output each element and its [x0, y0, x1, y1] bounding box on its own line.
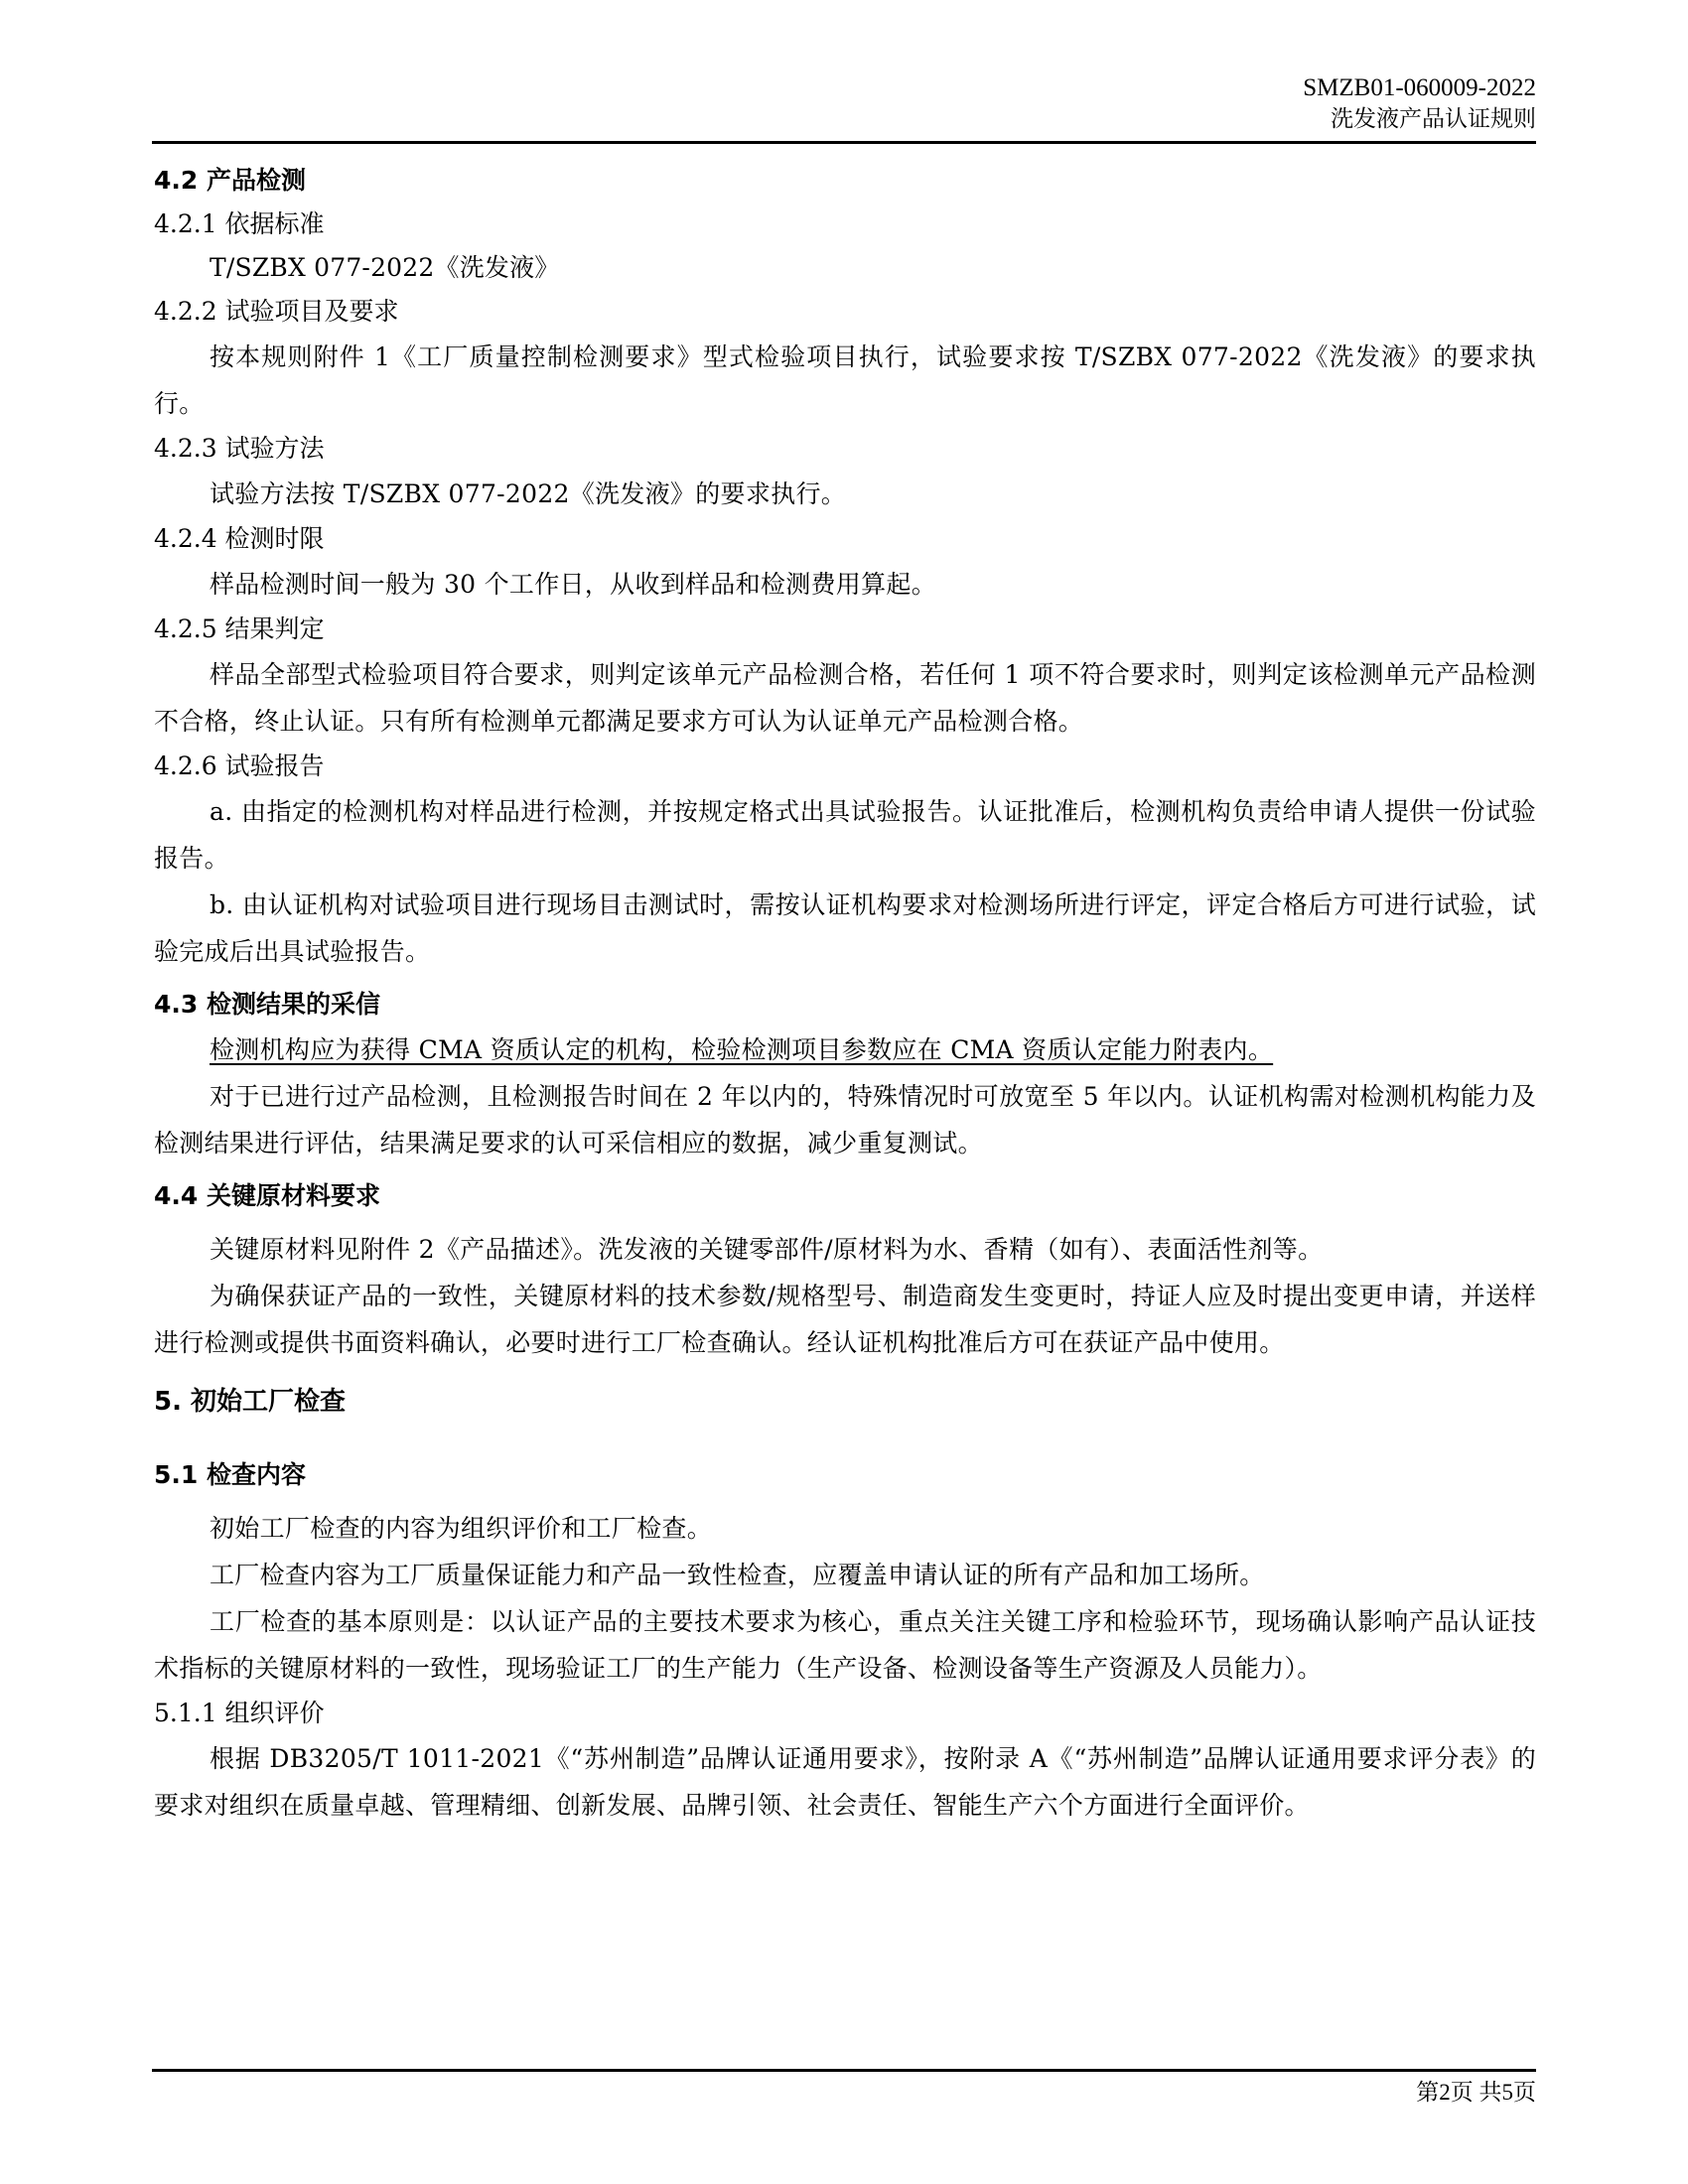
section-heading-4-4: 4.4 关键原材料要求 [154, 1174, 1536, 1218]
section-heading-4-2: 4.2 产品检测 [154, 159, 1536, 203]
underlined-cma-text: 检测机构应为获得 CMA 资质认定的机构，检验检测项目参数应在 CMA 资质认定… [210, 1035, 1273, 1064]
subsection-heading-4-2-5: 4.2.5 结果判定 [154, 608, 1536, 651]
paragraph-result-judgement: 样品全部型式检验项目符合要求，则判定该单元产品检测合格，若任何 1 项不符合要求… [154, 651, 1536, 745]
paragraph-test-method: 试验方法按 T/SZBX 077-2022《洗发液》的要求执行。 [154, 471, 1536, 517]
section-heading-5-1: 5.1 检查内容 [154, 1453, 1536, 1497]
standard-reference: T/SZBX 077-2022《洗发液》 [154, 246, 1536, 290]
paragraph-organization-evaluation: 根据 DB3205/T 1011-2021《“苏州制造”品牌认证通用要求》，按附… [154, 1735, 1536, 1829]
paragraph-key-materials: 关键原材料见附件 2《产品描述》。洗发液的关键零部件/原材料为水、香精（如有）、… [154, 1226, 1536, 1273]
paragraph-inspection-principle: 工厂检查的基本原则是：以认证产品的主要技术要求为核心，重点关注关键工序和检验环节… [154, 1598, 1536, 1692]
document-code: SMZB01-060009-2022 [152, 73, 1536, 103]
section-heading-4-3: 4.3 检测结果的采信 [154, 983, 1536, 1026]
subsection-heading-4-2-2: 4.2.2 试验项目及要求 [154, 290, 1536, 334]
paragraph-cma-requirement: 检测机构应为获得 CMA 资质认定的机构，检验检测项目参数应在 CMA 资质认定… [154, 1026, 1536, 1073]
page-header: SMZB01-060009-2022 洗发液产品认证规则 [152, 73, 1536, 144]
subsection-heading-4-2-1: 4.2.1 依据标准 [154, 203, 1536, 246]
subsection-heading-5-1-1: 5.1.1 组织评价 [154, 1692, 1536, 1735]
paragraph-test-items: 按本规则附件 1《工厂质量控制检测要求》型式检验项目执行，试验要求按 T/SZB… [154, 334, 1536, 427]
subsection-heading-4-2-6: 4.2.6 试验报告 [154, 745, 1536, 788]
subsection-heading-4-2-3: 4.2.3 试验方法 [154, 427, 1536, 471]
paragraph-test-time-limit: 样品检测时间一般为 30 个工作日，从收到样品和检测费用算起。 [154, 561, 1536, 608]
subsection-heading-4-2-4: 4.2.4 检测时限 [154, 517, 1536, 561]
paragraph-report-item-b: b. 由认证机构对试验项目进行现场目击测试时，需按认证机构要求对检测场所进行评定… [154, 882, 1536, 975]
page-footer: 第2页 共5页 [152, 2069, 1536, 2108]
paragraph-material-change: 为确保获证产品的一致性，关键原材料的技术参数/规格型号、制造商发生变更时，持证人… [154, 1273, 1536, 1366]
paragraph-inspection-content: 初始工厂检查的内容为组织评价和工厂检查。 [154, 1505, 1536, 1552]
page-number: 第2页 共5页 [1416, 2080, 1536, 2105]
paragraph-result-acceptance: 对于已进行过产品检测，且检测报告时间在 2 年以内的，特殊情况时可放宽至 5 年… [154, 1073, 1536, 1166]
document-title: 洗发液产品认证规则 [152, 103, 1536, 135]
paragraph-factory-inspection-scope: 工厂检查内容为工厂质量保证能力和产品一致性检查，应覆盖申请认证的所有产品和加工场… [154, 1552, 1536, 1598]
paragraph-report-item-a: a. 由指定的检测机构对样品进行检测，并按规定格式出具试验报告。认证批准后，检测… [154, 788, 1536, 882]
document-body: 4.2 产品检测 4.2.1 依据标准 T/SZBX 077-2022《洗发液》… [154, 159, 1536, 1829]
section-heading-5: 5. 初始工厂检查 [154, 1380, 1536, 1424]
